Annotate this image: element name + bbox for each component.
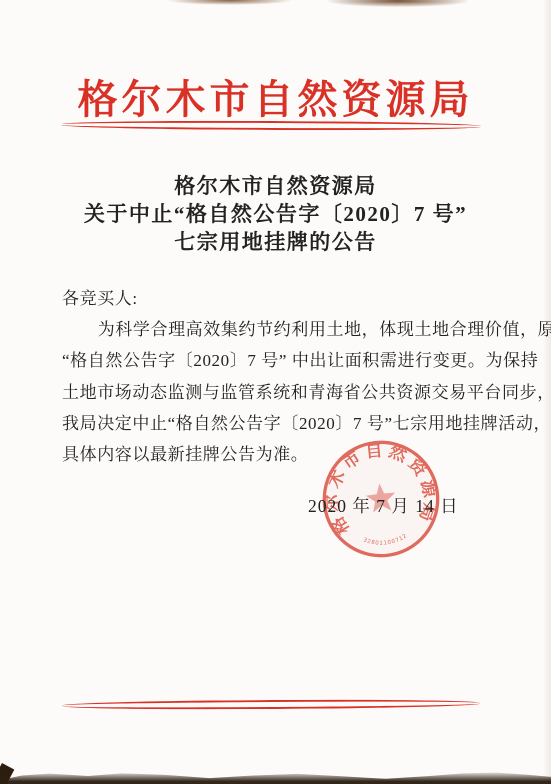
body-line: 为科学合理高效集约节约利用土地，体现土地合理价值，原 — [62, 314, 494, 345]
salutation: 各竞买人: — [62, 283, 494, 314]
top-edge-smudge-right — [328, 0, 468, 7]
footer-red-rule — [62, 699, 480, 711]
body-line: 土地市场动态监测与监管系统和青海省公共资源交易平台同步， — [62, 377, 494, 408]
issue-date: 2020 年 7 月 14 日 — [308, 493, 459, 518]
scanned-notice-page: 格尔木市自然资源局 格尔木市自然资源局 关于中止“格自然公告字〔2020〕7 号… — [0, 0, 551, 784]
notice-title-line-2: 关于中止“格自然公告字〔2020〕7 号” — [0, 200, 551, 228]
notice-title-line-3: 七宗用地挂牌的公告 — [0, 228, 551, 256]
body-line: “格自然公告字〔2020〕7 号” 中出让面积需进行变更。为保持 — [62, 345, 494, 376]
top-edge-smudge-left — [168, 0, 292, 5]
notice-title-line-1: 格尔木市自然资源局 — [0, 172, 551, 200]
letterhead-agency-title: 格尔木市自然资源局 — [0, 68, 551, 125]
bottom-scan-edge — [0, 771, 551, 784]
notice-title: 格尔木市自然资源局 关于中止“格自然公告字〔2020〕7 号” 七宗用地挂牌的公… — [0, 172, 551, 256]
